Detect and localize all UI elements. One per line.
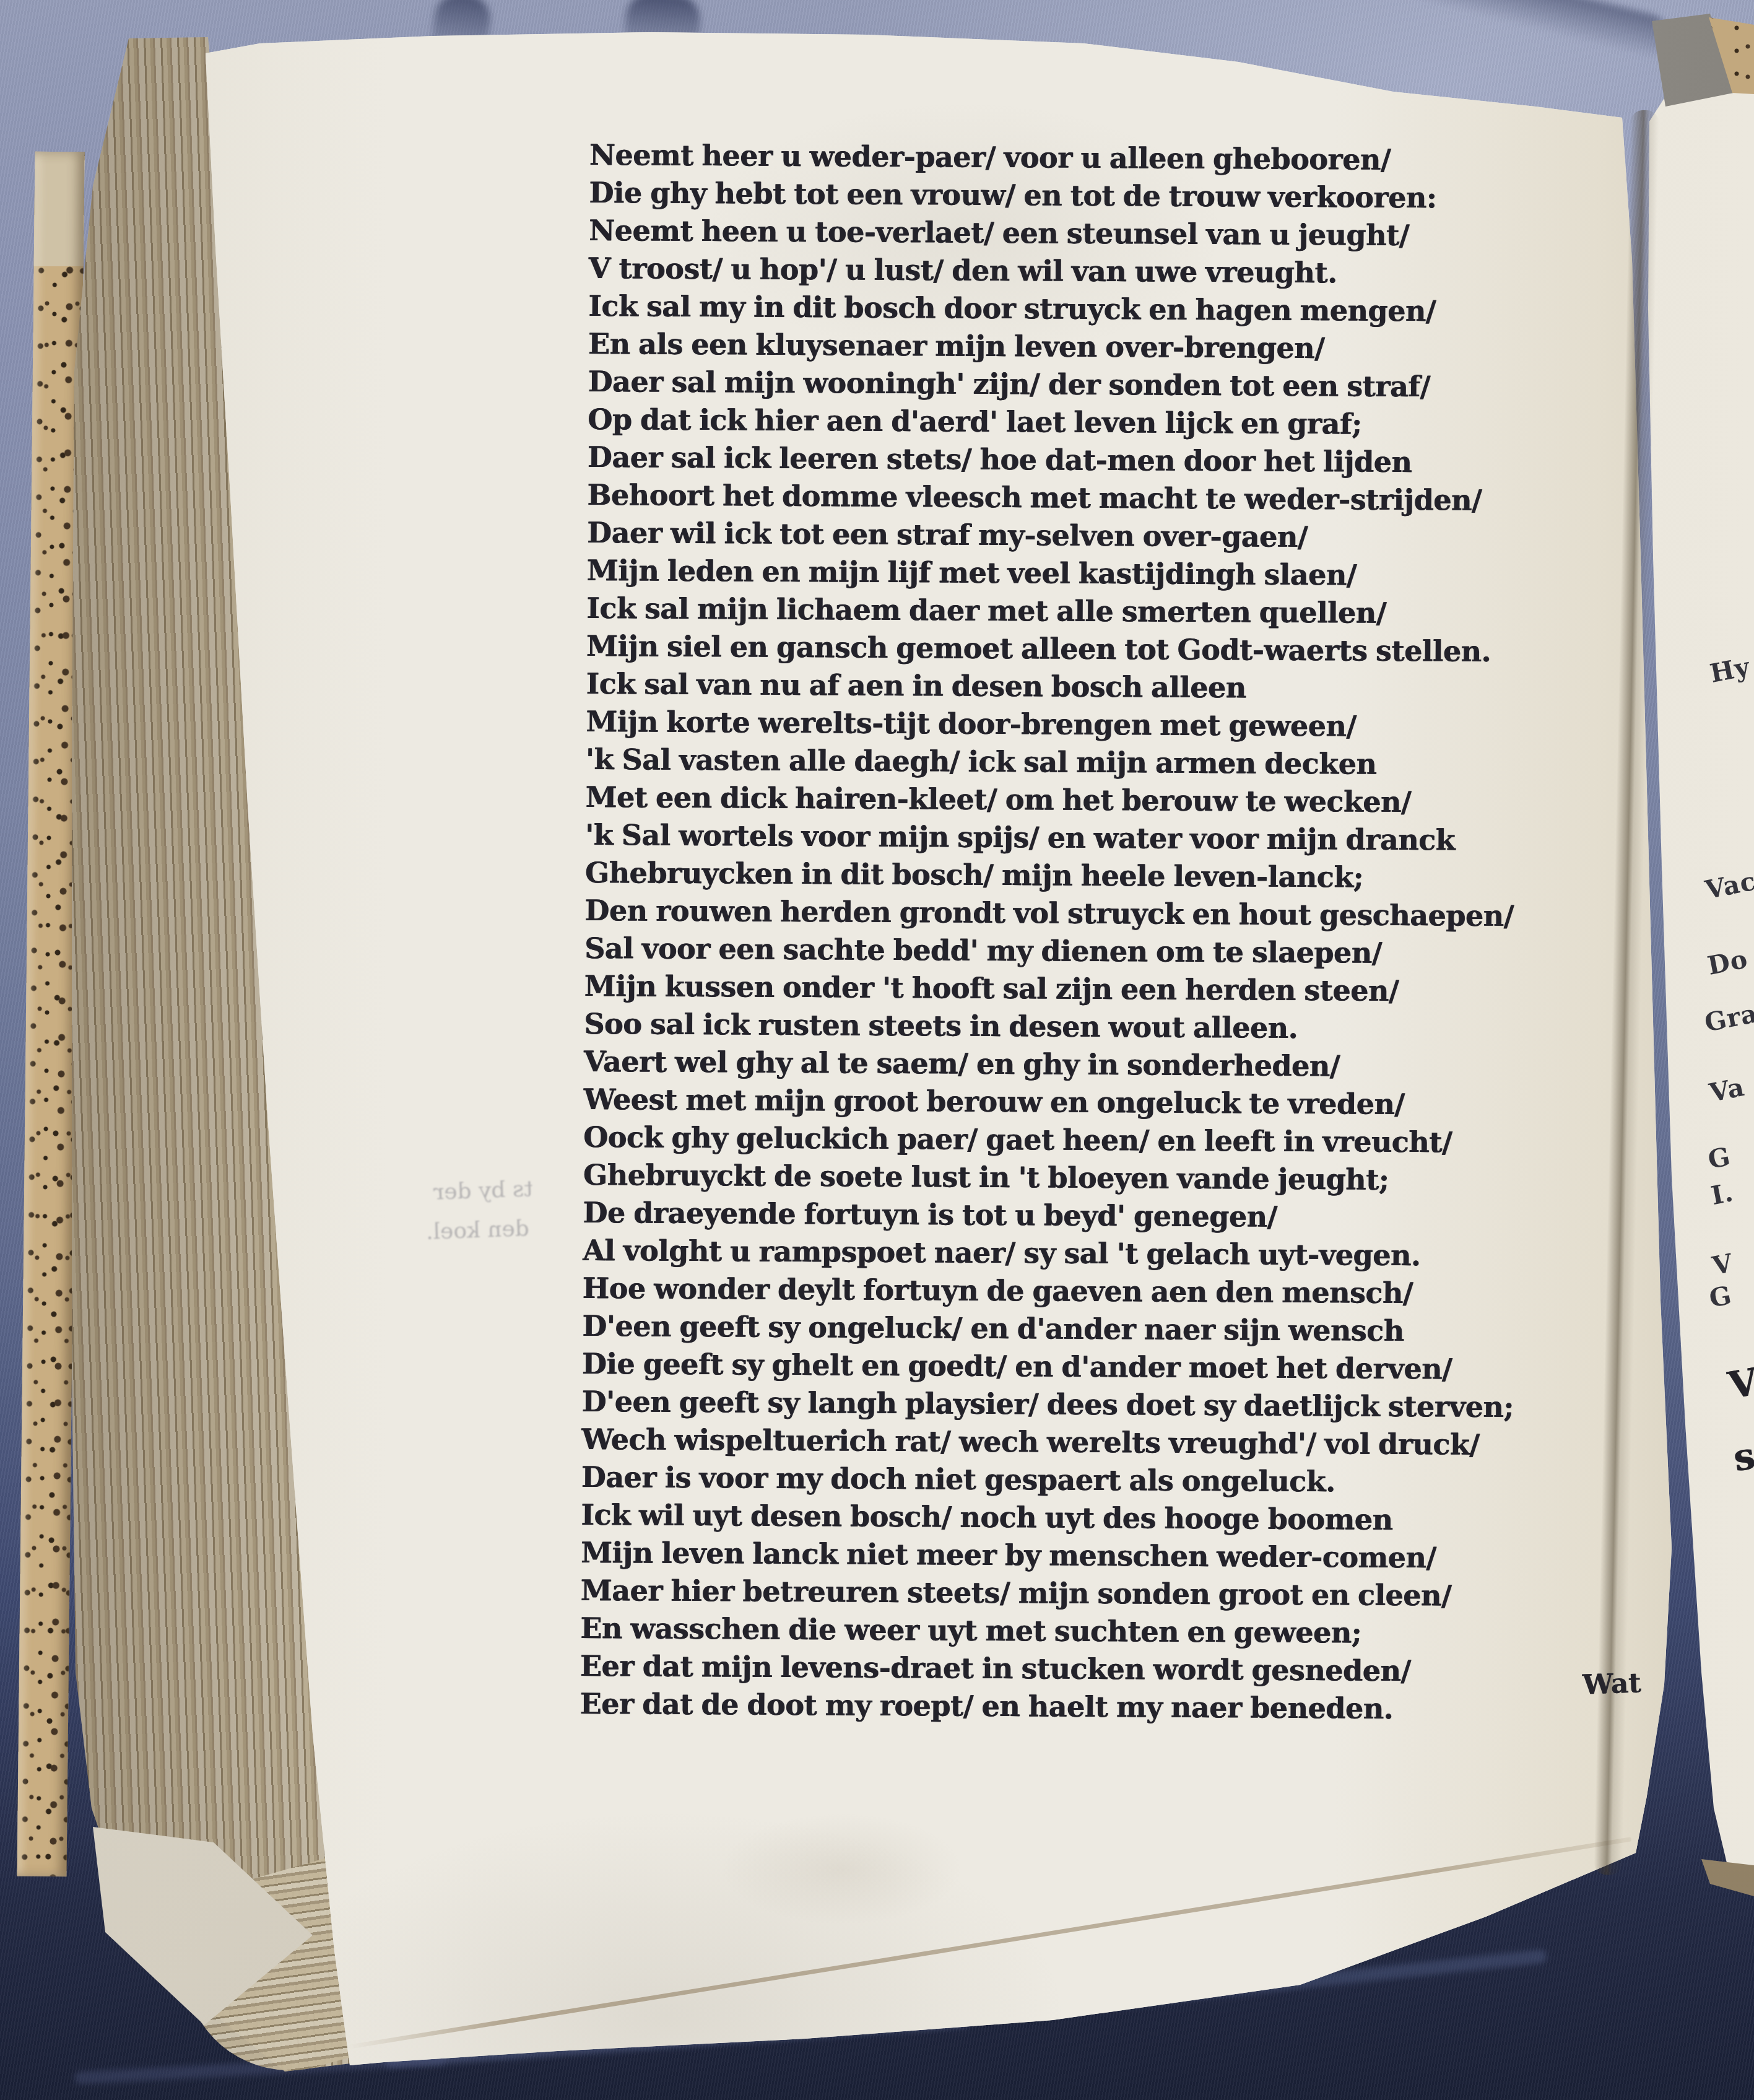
poem-line: Al volght u rampspoet naer/ sy sal 't ge…	[583, 1232, 1598, 1276]
poem-line: Eer dat de doot my roept/ en haelt my na…	[580, 1685, 1595, 1729]
poem-line: Den rouwen herden grondt vol struyck en …	[584, 892, 1600, 936]
poem-line: Die geeft sy ghelt en goedt/ en d'ander …	[582, 1345, 1597, 1389]
poem-line: Daer sal mijn wooningh' zijn/ der sonden…	[588, 363, 1603, 407]
poem-line: Ick wil uyt desen bosch/ noch uyt des ho…	[581, 1496, 1596, 1540]
poem-line: V troost/ u hop'/ u lust/ den wil van uw…	[589, 250, 1604, 294]
poem-line: Vaert wel ghy al te saem/ en ghy in sond…	[584, 1043, 1599, 1087]
poem-line: Ick sal my in dit bosch door struyck en …	[588, 287, 1604, 331]
poem-line: Daer wil ick tot een straf my-selven ove…	[587, 514, 1602, 558]
poem-line: D'een geeft sy langh playsier/ dees doet…	[581, 1383, 1597, 1427]
poem-line: Ghebruyckt de soete lust in 't bloeyen v…	[583, 1156, 1599, 1200]
showthrough-fragment: den koel.	[425, 1216, 529, 1245]
poem-line: Hoe wonder deylt fortuyn de gaeven aen d…	[582, 1270, 1597, 1314]
showthrough-fragment: ts by der	[433, 1176, 533, 1205]
poem-line: Behoort het domme vleesch met macht te w…	[587, 476, 1602, 520]
poem-line: Mijn leden en mijn lijf met veel kastijd…	[587, 552, 1602, 596]
poem-line: Daer is voor my doch niet gespaert als o…	[581, 1458, 1597, 1502]
poem-line: Die ghy hebt tot een vrouw/ en tot de tr…	[589, 174, 1604, 218]
poem-line: 'k Sal vasten alle daegh/ ick sal mijn a…	[586, 741, 1601, 785]
poem-line: De draeyende fortuyn is tot u beyd' gene…	[583, 1194, 1598, 1238]
poem-line: Neemt heer u weder-paer/ voor u alleen g…	[589, 136, 1605, 180]
poem-line: En wasschen die weer uyt met suchten en …	[580, 1610, 1596, 1653]
poem-line: Mijn siel en gansch gemoet alleen tot Go…	[586, 627, 1602, 671]
poem-line: Weest met mijn groot berouw en ongeluck …	[583, 1081, 1599, 1125]
catchword: Wat	[1582, 1667, 1641, 1701]
poem-line: Eer dat mijn levens-draet in stucken wor…	[580, 1647, 1596, 1691]
poem-line: Ghebruycken in dit bosch/ mijn heele lev…	[585, 854, 1600, 898]
poem-line: Oock ghy geluckich paer/ gaet heen/ en l…	[583, 1118, 1599, 1162]
poem-line: Soo sal ick rusten steets in desen wout …	[584, 1005, 1599, 1049]
poem-line: Ick sal van nu af aen in desen bosch all…	[586, 665, 1601, 709]
poem-line: En als een kluysenaer mijn leven over-br…	[588, 325, 1604, 369]
poem-line: Op dat ick hier aen d'aerd' laet leven l…	[588, 401, 1603, 445]
poem-line: Maer hier betreuren steets/ mijn sonden …	[580, 1572, 1596, 1616]
poem-line: Met een dick hairen-kleet/ om het berouw…	[585, 778, 1600, 822]
poem-text-block: Neemt heer u weder-paer/ voor u alleen g…	[580, 136, 1605, 1729]
poem-line: Mijn kussen onder 't hooft sal zijn een …	[584, 967, 1599, 1011]
poem-line: Mijn korte werelts-tijt door-brengen met…	[586, 703, 1601, 747]
poem-line: Neemt heen u toe-verlaet/ een steunsel v…	[589, 212, 1604, 256]
poem-line: Sal voor een sachte bedd' my dienen om t…	[584, 930, 1600, 974]
poem-line: Mijn leven lanck niet meer by menschen w…	[581, 1534, 1596, 1578]
poem-line: D'een geeft sy ongeluck/ en d'ander naer…	[582, 1307, 1597, 1351]
poem-line: Ick sal mijn lichaem daer met alle smert…	[586, 590, 1602, 634]
poem-line: 'k Sal wortels voor mijn spijs/ en water…	[585, 816, 1600, 860]
poem-line: Daer sal ick leeren stets/ hoe dat-men d…	[588, 438, 1603, 482]
poem-line: Wech wispeltuerich rat/ wech werelts vre…	[581, 1421, 1597, 1465]
